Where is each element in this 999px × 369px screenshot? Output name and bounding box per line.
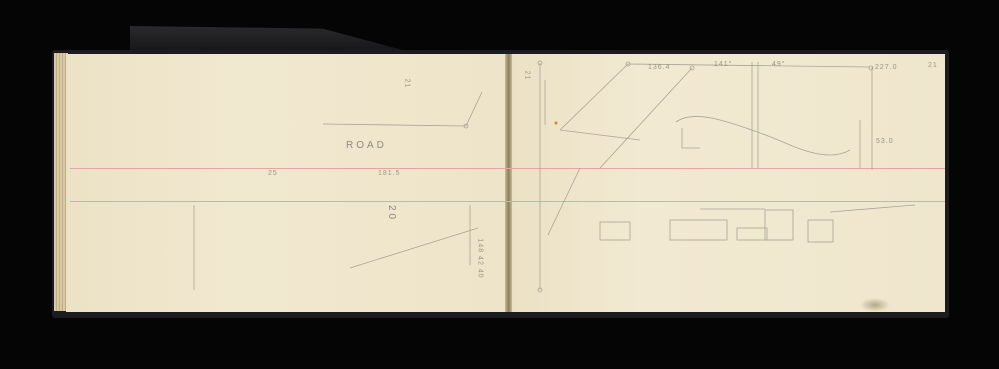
distance-mid-right: 53.0 [876,138,894,145]
pencil-sketch-lines [0,0,999,369]
bearing-note: 148 42 40 [477,238,484,278]
distance-top-right: 227.0 [875,64,898,71]
page-number-left: 21 [403,79,410,89]
bearing-top-b: 141° [714,61,732,68]
lot-number: 20 [386,205,397,222]
bearing-top-c: 49° [772,61,786,68]
distance-label-top-a: 136.4 [648,64,671,71]
page-number-right: 21 [928,62,938,69]
paper-stain [860,298,890,312]
side-label: 21 [523,71,530,81]
distance-label: 181.5 [378,170,401,177]
road-label: ROAD [346,140,387,151]
distance-label-2: 25 [268,170,278,177]
